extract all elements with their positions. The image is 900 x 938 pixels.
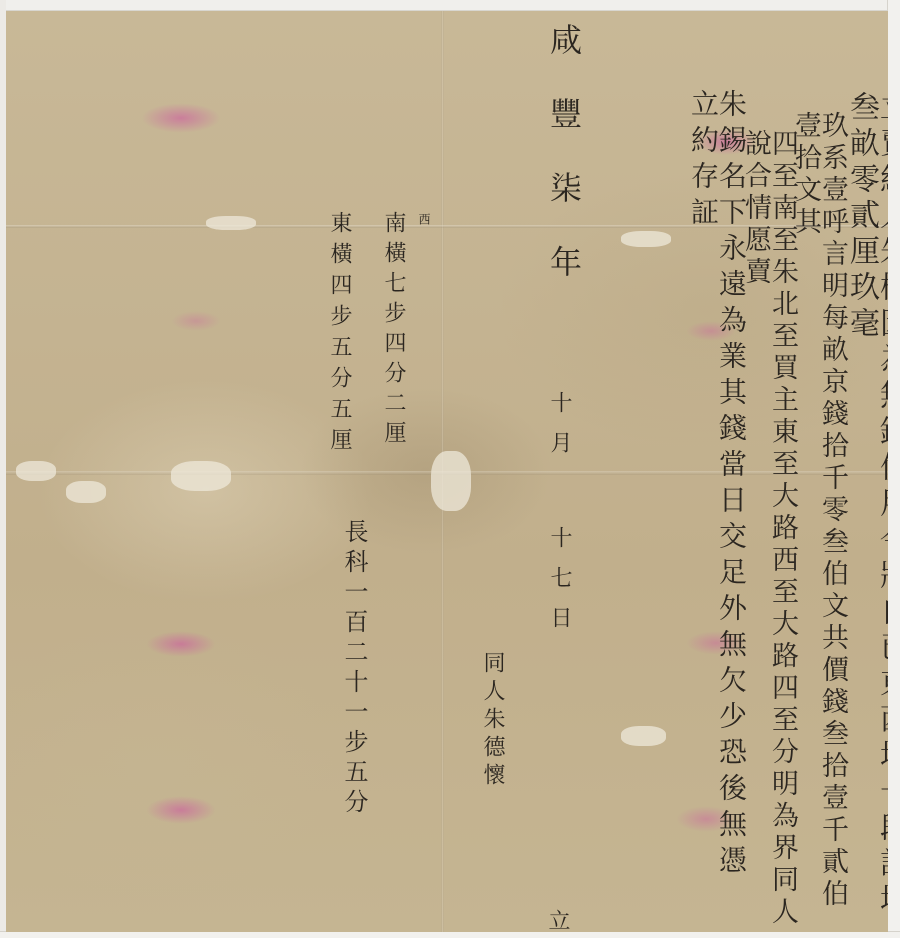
seal-stain xyxy=(146,796,216,824)
date-era: 咸豐柒年 xyxy=(548,23,580,319)
wear-spot xyxy=(171,461,231,491)
seal-stain xyxy=(146,631,216,657)
wear-spot xyxy=(431,451,471,511)
wear-spot xyxy=(621,726,666,746)
wear-spot xyxy=(206,216,256,230)
date-month: 十月 xyxy=(548,391,570,471)
wear-spot xyxy=(621,231,671,247)
contract-column-2: 玖系壹呼言明每畝京錢拾千零叁伯文共價錢叁拾壹千貳伯壹拾文其 xyxy=(792,111,846,921)
seal-stain xyxy=(171,311,221,331)
bottom-partial-char: 立 xyxy=(546,909,568,932)
wear-spot xyxy=(16,461,56,481)
date-day: 十七日 xyxy=(548,526,570,646)
measurement-south-width: 南橫七步四分二厘 xyxy=(382,211,404,451)
measurement-east-width: 東橫四步五分五厘 xyxy=(328,211,350,459)
frame-right-edge xyxy=(887,0,900,938)
measurement-length: 長科一百二十一步五分 xyxy=(342,519,366,819)
contract-column-4: 朱錫名下永遠為業其錢當日交足外無欠少恐後無憑立約存証 xyxy=(689,89,745,889)
contract-column-1: 立賣約人朱樸因為無錢使用今將自已東西地一段計地叁畝零貳厘玖毫 xyxy=(846,91,888,931)
witness-signature: 同人朱德懷 xyxy=(481,651,503,791)
measurement-west-label: 西 xyxy=(418,213,430,231)
contract-column-3: 四至南至朱北至買主東至大路西至大路四至分明為界同人說合情愿賣 xyxy=(742,129,796,929)
frame-bottom-edge xyxy=(0,931,900,938)
seal-stain xyxy=(141,103,221,133)
contract-paper: 立賣約人朱樸因為無錢使用今將自已東西地一段計地叁畝零貳厘玖毫 玖系壹呼言明每畝京… xyxy=(6,11,888,932)
wear-spot xyxy=(66,481,106,503)
frame-top-edge xyxy=(0,0,900,11)
